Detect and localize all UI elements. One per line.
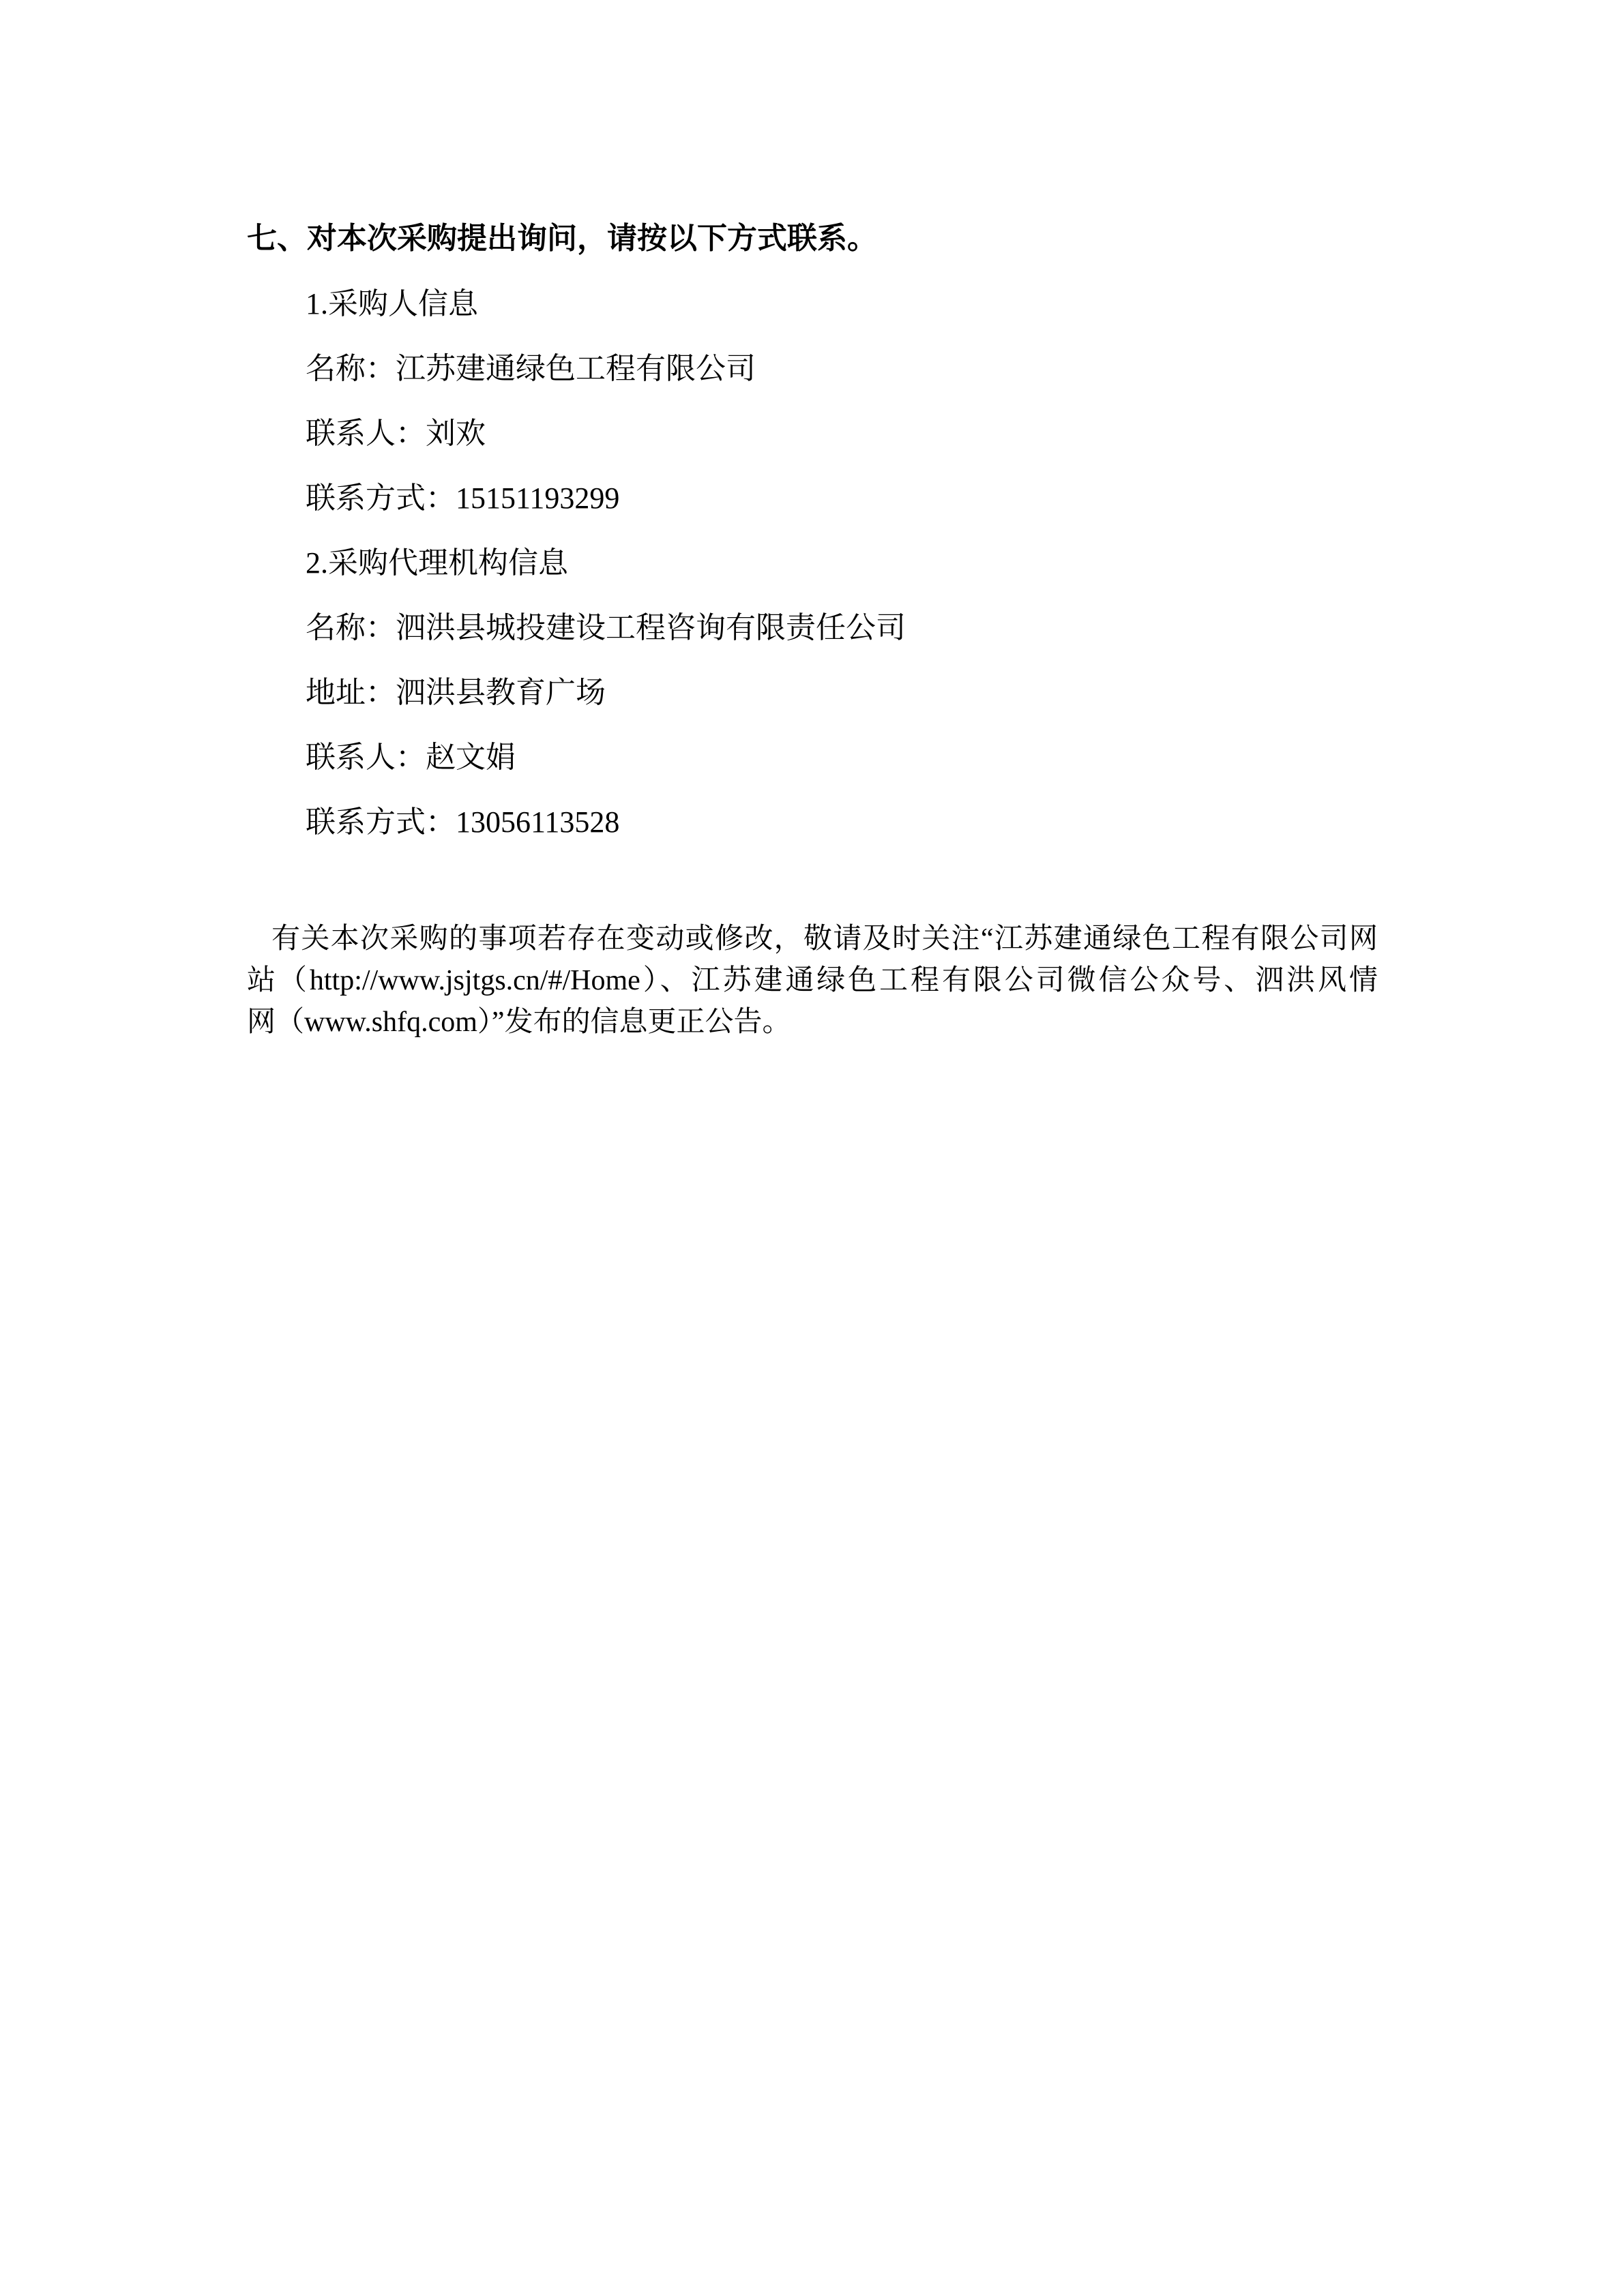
purchaser-section-label: 1.采购人信息 bbox=[306, 271, 1378, 336]
agency-name-line: 名称：泗洪县城投建设工程咨询有限责任公司 bbox=[306, 595, 1378, 660]
agency-address-line: 地址：泗洪县教育广场 bbox=[306, 660, 1378, 725]
agency-phone-line: 联系方式：13056113528 bbox=[306, 790, 1378, 854]
correction-notice-line-2: 站（http://www.jsjtgs.cn/#/Home）、江苏建通绿色工程有… bbox=[247, 960, 1378, 1002]
correction-notice: 有关本次采购的事项若存在变动或修改，敬请及时关注“江苏建通绿色工程有限公司网 站… bbox=[247, 919, 1378, 1043]
contact-info-list: 1.采购人信息 名称：江苏建通绿色工程有限公司 联系人：刘欢 联系方式：1515… bbox=[247, 271, 1378, 854]
purchaser-name-line: 名称：江苏建通绿色工程有限公司 bbox=[306, 336, 1378, 401]
agency-section-label: 2.采购代理机构信息 bbox=[306, 531, 1378, 595]
section-heading: 七、对本次采购提出询问，请按以下方式联系。 bbox=[247, 206, 1378, 271]
purchaser-contact-person-line: 联系人：刘欢 bbox=[306, 401, 1378, 466]
agency-contact-person-line: 联系人：赵文娟 bbox=[306, 725, 1378, 790]
purchaser-phone-line: 联系方式：15151193299 bbox=[306, 466, 1378, 531]
document-page: 七、对本次采购提出询问，请按以下方式联系。 1.采购人信息 名称：江苏建通绿色工… bbox=[0, 0, 1624, 2296]
correction-notice-line-3: 网（www.shfq.com）”发布的信息更正公告。 bbox=[247, 1002, 1378, 1043]
correction-notice-line-1: 有关本次采购的事项若存在变动或修改，敬请及时关注“江苏建通绿色工程有限公司网 bbox=[247, 919, 1378, 960]
